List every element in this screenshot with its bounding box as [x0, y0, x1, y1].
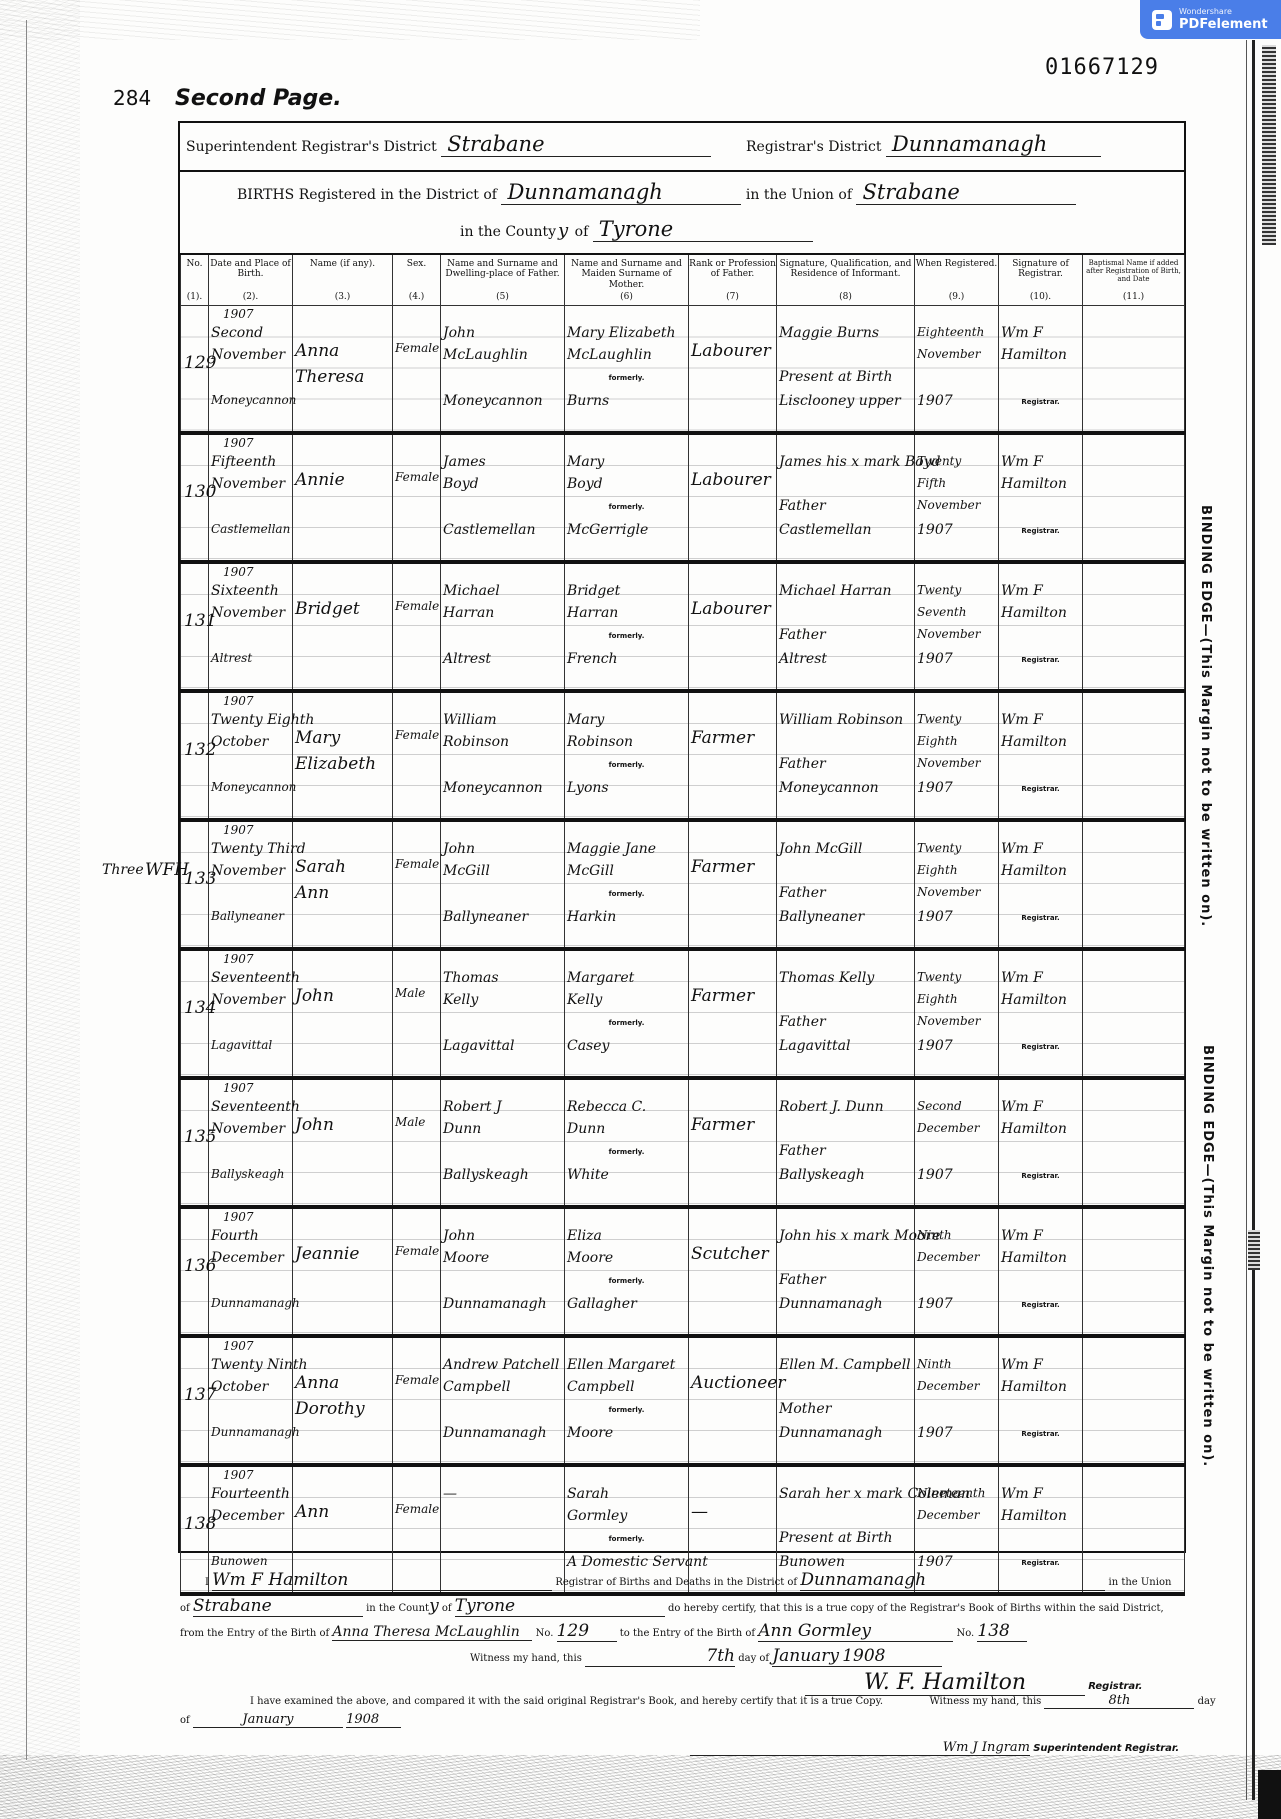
child-sex: Female: [395, 1245, 438, 1258]
table-cell: EighteenthNovember1907: [915, 306, 999, 434]
father-name: James: [443, 455, 562, 470]
cert-from-no: 129: [557, 1621, 589, 1641]
births-label: BIRTHS Registered in the District of: [237, 187, 497, 203]
table-cell: MaryRobinsonformerly.Lyons: [565, 691, 689, 820]
table-cell: ThomasKellyLagavittal: [441, 949, 565, 1078]
informant-signature: John McGill: [779, 842, 912, 857]
father-rank: Auctioneer: [691, 1374, 774, 1393]
column-title: Sex.: [393, 255, 440, 269]
mother-name: Rebecca C.: [567, 1100, 686, 1115]
registrar-label: Registrar.: [999, 527, 1082, 535]
table-cell: Labourer: [689, 306, 777, 434]
table-cell: 132: [181, 691, 209, 820]
registrar-signature-2: Hamilton: [1001, 606, 1080, 621]
table-cell: [1083, 1336, 1185, 1465]
pdfelement-logo-icon: [1152, 10, 1172, 30]
father-name: Robert J: [443, 1100, 562, 1115]
scan-noise-top: [0, 0, 700, 40]
column-number: (11.): [1083, 292, 1184, 302]
table-cell: Thomas KellyFatherLagavittal: [777, 949, 915, 1078]
cert-registrar-title: Registrar.: [1088, 1681, 1142, 1692]
table-cell: Labourer: [689, 433, 777, 562]
table-cell: Wm FHamiltonRegistrar.: [999, 562, 1083, 691]
table-cell: Male: [393, 1078, 441, 1207]
column-header: Name (if any).(3.): [293, 254, 393, 306]
column-header: Signature of Registrar.(10).: [999, 254, 1083, 306]
mother-name: Mary: [567, 713, 686, 728]
mother-maiden-surname: McGerrigle: [567, 523, 686, 538]
registrar-signature-1: Wm F: [1001, 455, 1080, 470]
table-cell: BridgetHarranformerly.French: [565, 562, 689, 691]
pdfelement-badge[interactable]: Wondershare PDFelement: [1140, 0, 1281, 39]
child-first-name: Anna: [295, 1374, 390, 1393]
scan-noise-left: [0, 0, 80, 1819]
informant-signature: James his x mark Boyd: [779, 455, 912, 470]
scan-mark: [1248, 1230, 1260, 1270]
child-sex: Female: [395, 342, 438, 355]
child-first-name: Ann: [295, 1503, 390, 1522]
table-cell: 1907SeventeenthNovemberLagavittal: [209, 949, 293, 1078]
registered-year: 1907: [917, 781, 996, 796]
registered-when-2: Seventh: [917, 606, 996, 619]
table-row: 1311907SixteenthNovemberAltrestBridgetFe…: [181, 562, 1185, 691]
table-cell: TwentySeventhNovember1907: [915, 562, 999, 691]
birth-year: 1907: [223, 566, 290, 579]
birth-place: Lagavittal: [211, 1039, 290, 1052]
father-rank: Farmer: [691, 987, 774, 1006]
birth-year: 1907: [223, 1082, 290, 1095]
examined-statement: I have examined the above, and compared …: [250, 1693, 1216, 1709]
entry-number: 138: [184, 1515, 206, 1534]
registrar-signature-1: Wm F: [1001, 1100, 1080, 1115]
birth-year: 1907: [223, 1340, 290, 1353]
registered-year: 1907: [917, 1039, 996, 1054]
table-cell: JohnMcGillBallyneaner: [441, 820, 565, 949]
table-cell: JamesBoydCastlemellan: [441, 433, 565, 562]
birth-month: November: [211, 606, 290, 621]
table-cell: 1907SeventeenthNovemberBallyskeagh: [209, 1078, 293, 1207]
table-row: 1371907Twenty NinthOctoberDunnamanaghAnn…: [181, 1336, 1185, 1465]
column-number: (8): [777, 292, 914, 302]
table-cell: MaryElizabeth: [293, 691, 393, 820]
scan-corner: [1258, 1770, 1281, 1819]
birth-place: Ballyskeagh: [211, 1168, 290, 1181]
registrar-label: Registrar.: [999, 914, 1082, 922]
registered-when-1: Ninth: [917, 1358, 996, 1371]
examined-day: 8th: [1109, 1693, 1131, 1708]
entry-number: 137: [184, 1386, 206, 1405]
mother-name: Bridget: [567, 584, 686, 599]
table-cell: Mary ElizabethMcLaughlinformerly.Burns: [565, 306, 689, 434]
table-row: 1341907SeventeenthNovemberLagavittalJohn…: [181, 949, 1185, 1078]
child-first-name: Bridget: [295, 600, 390, 619]
column-header: No.(1).: [181, 254, 209, 306]
birth-place: Moneycannon: [211, 781, 290, 794]
formerly-label: formerly.: [565, 890, 688, 898]
registrar-signature-1: Wm F: [1001, 584, 1080, 599]
page-edge-left: [26, 20, 27, 1760]
column-title: Date and Place of Birth.: [209, 255, 292, 280]
birth-year: 1907: [223, 437, 290, 450]
birth-place: Altrest: [211, 652, 290, 665]
father-rank: Scutcher: [691, 1245, 774, 1264]
formerly-label: formerly.: [565, 1406, 688, 1414]
binding-edge-note-1: BINDING EDGE—(This Margin not to be writ…: [1198, 505, 1213, 927]
table-cell: AnnaTheresa: [293, 306, 393, 434]
table-cell: Wm FHamiltonRegistrar.: [999, 306, 1083, 434]
registered-year: 1907: [917, 1297, 996, 1312]
informant-signature: Thomas Kelly: [779, 971, 912, 986]
registered-when-2: December: [917, 1251, 996, 1264]
table-cell: [1083, 1207, 1185, 1336]
mother-maiden-surname: Lyons: [567, 781, 686, 796]
registrar-signature-2: Hamilton: [1001, 993, 1080, 1008]
table-cell: ElizaMooreformerly.Gallagher: [565, 1207, 689, 1336]
column-header: When Registered.(9.): [915, 254, 999, 306]
superintendent-value: Strabane: [441, 132, 550, 156]
informant-qualification: Father: [779, 886, 912, 901]
union-value: Strabane: [856, 180, 965, 204]
mother-surname: Gormley: [567, 1509, 686, 1524]
birth-year: 1907: [223, 824, 290, 837]
births-district: Dunnamanagh: [501, 180, 668, 204]
child-second-name: Elizabeth: [295, 755, 390, 774]
registrar-signature-1: Wm F: [1001, 1358, 1080, 1373]
page-number: 284: [113, 86, 151, 110]
table-cell: TwentyEighthNovember1907: [915, 691, 999, 820]
father-rank: Farmer: [691, 1116, 774, 1135]
table-cell: Ellen M. CampbellMotherDunnamanagh: [777, 1336, 915, 1465]
table-row: 1301907FifteenthNovemberCastlemellanAnni…: [181, 433, 1185, 562]
table-cell: Auctioneer: [689, 1336, 777, 1465]
registered-when-2: Fifth: [917, 477, 996, 490]
column-header: Baptismal Name if added after Registrati…: [1083, 254, 1185, 306]
table-cell: 1907Twenty ThirdNovemberBallyneaner: [209, 820, 293, 949]
child-first-name: Mary: [295, 729, 390, 748]
father-name: John: [443, 842, 562, 857]
table-cell: Female: [393, 820, 441, 949]
entry-number: 131: [184, 612, 206, 631]
cert-witness-month-year: January: [772, 1646, 839, 1666]
table-cell: AnnaDorothy: [293, 1336, 393, 1465]
father-surname: Kelly: [443, 993, 562, 1008]
table-cell: Rebecca C.Dunnformerly.White: [565, 1078, 689, 1207]
registered-year: 1907: [917, 523, 996, 538]
informant-residence: Lisclooney upper: [779, 394, 912, 409]
table-cell: NinthDecember1907: [915, 1336, 999, 1465]
table-row: 1321907Twenty EighthOctoberMoneycannonMa…: [181, 691, 1185, 820]
table-cell: John: [293, 1078, 393, 1207]
informant-qualification: Father: [779, 499, 912, 514]
birth-day: Seventeenth: [211, 1100, 290, 1115]
registered-when-2: November: [917, 348, 996, 361]
page-edge-right-inner: [1246, 40, 1247, 1800]
table-cell: Wm FHamiltonRegistrar.: [999, 433, 1083, 562]
registrar-label: Registrar.: [999, 1559, 1082, 1567]
certificate-line-2: of Strabane in the County of Tyrone do h…: [180, 1596, 1164, 1617]
father-dwelling: Ballyneaner: [443, 910, 562, 925]
child-sex: Female: [395, 471, 438, 484]
formerly-label: formerly.: [565, 1277, 688, 1285]
table-cell: Jeannie: [293, 1207, 393, 1336]
margin-note-initials: WFH: [145, 860, 189, 880]
registrar-label: Registrar.: [999, 656, 1082, 664]
birth-day: Fifteenth: [211, 455, 290, 470]
child-sex: Male: [395, 987, 438, 1000]
birth-day: Seventeenth: [211, 971, 290, 986]
registered-when-2: December: [917, 1509, 996, 1522]
cert-witness-day: 7th: [706, 1646, 735, 1666]
registrar-signature-2: Hamilton: [1001, 1122, 1080, 1137]
county-header: in the Countyy of Tyrone: [460, 217, 813, 242]
table-cell: William RobinsonFatherMoneycannon: [777, 691, 915, 820]
badge-name: PDFelement: [1179, 18, 1268, 31]
informant-residence: Castlemellan: [779, 523, 912, 538]
table-cell: 1907SixteenthNovemberAltrest: [209, 562, 293, 691]
table-cell: [1083, 562, 1185, 691]
father-rank: Farmer: [691, 729, 774, 748]
mother-maiden-surname: Casey: [567, 1039, 686, 1054]
registrar-signature-2: Hamilton: [1001, 1251, 1080, 1266]
entry-number: 136: [184, 1257, 206, 1276]
birth-month: November: [211, 477, 290, 492]
informant-residence: Dunnamanagh: [779, 1297, 912, 1312]
column-number: (10).: [999, 292, 1082, 302]
entry-number: 134: [184, 999, 206, 1018]
registered-year: 1907: [917, 1426, 996, 1441]
birth-year: 1907: [223, 953, 290, 966]
table-cell: 136: [181, 1207, 209, 1336]
table-cell: TwentyEighthNovember1907: [915, 949, 999, 1078]
informant-signature: John his x mark Moore: [779, 1229, 912, 1244]
birth-year: 1907: [223, 1469, 290, 1482]
registered-when-1: Twenty: [917, 713, 996, 726]
registrar-signature-1: Wm F: [1001, 1487, 1080, 1502]
column-header: Sex.(4.): [393, 254, 441, 306]
birth-month: December: [211, 1509, 290, 1524]
superintendent-signature-line: Wm J Ingram Superintendent Registrar.: [690, 1740, 1179, 1756]
column-title: Signature, Qualification, and Residence …: [777, 255, 914, 280]
birth-day: Fourteenth: [211, 1487, 290, 1502]
mother-maiden-surname: White: [567, 1168, 686, 1183]
birth-day: Fourth: [211, 1229, 290, 1244]
birth-month: November: [211, 864, 290, 879]
informant-qualification: Mother: [779, 1402, 912, 1417]
birth-place: Castlemellan: [211, 523, 290, 536]
registrar-signature-2: Hamilton: [1001, 348, 1080, 363]
informant-residence: Altrest: [779, 652, 912, 667]
column-header: Name and Surname and Maiden Surname of M…: [565, 254, 689, 306]
child-sex: Female: [395, 858, 438, 871]
informant-signature: Ellen M. Campbell: [779, 1358, 912, 1373]
informant-residence: Ballyskeagh: [779, 1168, 912, 1183]
mother-name: Mary Elizabeth: [567, 326, 686, 341]
father-dwelling: Castlemellan: [443, 523, 562, 538]
mother-surname: Moore: [567, 1251, 686, 1266]
column-number: (4.): [393, 292, 440, 302]
table-cell: Female: [393, 306, 441, 434]
father-dwelling: Moneycannon: [443, 781, 562, 796]
informant-residence: Dunnamanagh: [779, 1426, 912, 1441]
margin-note-word: Three: [102, 862, 144, 878]
mother-surname: McGill: [567, 864, 686, 879]
serial-number: 01667129: [1045, 55, 1159, 80]
table-cell: Wm FHamiltonRegistrar.: [999, 1336, 1083, 1465]
births-register-table: No.(1).Date and Place of Birth.(2).Name …: [180, 253, 1185, 1596]
table-cell: [1083, 691, 1185, 820]
table-cell: Wm FHamiltonRegistrar.: [999, 820, 1083, 949]
registered-when-1: Second: [917, 1100, 996, 1113]
table-cell: Female: [393, 1207, 441, 1336]
table-row: 1361907FourthDecemberDunnamanaghJeannieF…: [181, 1207, 1185, 1336]
cert-county: Tyrone: [455, 1596, 515, 1616]
child-second-name: Theresa: [295, 368, 390, 387]
father-dwelling: Altrest: [443, 652, 562, 667]
table-cell: TwentyFifthNovember1907: [915, 433, 999, 562]
registered-when-2: Eighth: [917, 735, 996, 748]
birth-day: Twenty Eighth: [211, 713, 290, 728]
table-cell: SarahAnn: [293, 820, 393, 949]
table-cell: Male: [393, 949, 441, 1078]
page-title: Second Page.: [175, 86, 342, 111]
registered-when-1: Twenty: [917, 971, 996, 984]
informant-signature: Maggie Burns: [779, 326, 912, 341]
certificate-line-3: from the Entry of the Birth of Anna Ther…: [180, 1621, 1027, 1642]
informant-qualification: Present at Birth: [779, 1531, 912, 1546]
table-cell: Farmer: [689, 1078, 777, 1207]
father-rank: —: [691, 1503, 774, 1522]
mother-name: Margaret: [567, 971, 686, 986]
mother-surname: Harran: [567, 606, 686, 621]
entry-number: 130: [184, 483, 206, 502]
table-cell: Robert JDunnBallyskeagh: [441, 1078, 565, 1207]
formerly-label: formerly.: [565, 1019, 688, 1027]
entry-number: 132: [184, 741, 206, 760]
child-first-name: John: [295, 987, 390, 1006]
table-cell: Female: [393, 433, 441, 562]
birth-year: 1907: [223, 695, 290, 708]
father-rank: Labourer: [691, 342, 774, 361]
table-cell: 129: [181, 306, 209, 434]
father-surname: Dunn: [443, 1122, 562, 1137]
child-second-name: Dorothy: [295, 1400, 390, 1419]
registrar-signature-2: Hamilton: [1001, 1380, 1080, 1395]
column-title: Name and Surname and Dwelling-place of F…: [441, 255, 564, 280]
mother-name: Sarah: [567, 1487, 686, 1502]
column-number: (3.): [293, 292, 392, 302]
table-cell: 130: [181, 433, 209, 562]
table-cell: Andrew PatchellCampbellDunnamanagh: [441, 1336, 565, 1465]
examined-date: of January 1908: [180, 1712, 401, 1728]
father-surname: Moore: [443, 1251, 562, 1266]
superintendent-signature: Wm J Ingram: [943, 1740, 1030, 1755]
table-cell: John: [293, 949, 393, 1078]
mother-surname: Kelly: [567, 993, 686, 1008]
informant-residence: Lagavittal: [779, 1039, 912, 1054]
birth-place: Dunnamanagh: [211, 1297, 290, 1310]
registered-year: 1907: [917, 1168, 996, 1183]
child-second-name: Ann: [295, 884, 390, 903]
mother-surname: Robinson: [567, 735, 686, 750]
births-header: BIRTHS Registered in the District of Dun…: [237, 180, 1076, 205]
registered-year: 1907: [917, 652, 996, 667]
registered-when-1: Eighteenth: [917, 326, 996, 339]
table-cell: 1907FifteenthNovemberCastlemellan: [209, 433, 293, 562]
mother-name: Mary: [567, 455, 686, 470]
informant-qualification: Father: [779, 1015, 912, 1030]
column-title: No.: [181, 255, 208, 269]
column-number: (9.): [915, 292, 998, 302]
registered-when-3: November: [917, 757, 996, 770]
father-surname: McLaughlin: [443, 348, 562, 363]
child-first-name: Sarah: [295, 858, 390, 877]
birth-month: November: [211, 348, 290, 363]
registered-when-3: November: [917, 499, 996, 512]
registrar-label: Registrar.: [999, 398, 1082, 406]
child-sex: Male: [395, 1116, 438, 1129]
registrar-label: Registrar.: [999, 785, 1082, 793]
table-cell: JohnMcLaughlinMoneycannon: [441, 306, 565, 434]
registered-when-1: Twenty: [917, 584, 996, 597]
father-name: Andrew Patchell: [443, 1358, 562, 1373]
mother-maiden-surname: Burns: [567, 394, 686, 409]
registrar-label: Registrar.: [999, 1430, 1082, 1438]
registrar-district-value: Dunnamanagh: [886, 132, 1053, 156]
formerly-label: formerly.: [565, 503, 688, 511]
child-first-name: John: [295, 1116, 390, 1135]
father-name: John: [443, 326, 562, 341]
father-surname: Boyd: [443, 477, 562, 492]
column-title: Baptismal Name if added after Registrati…: [1083, 255, 1184, 283]
birth-place: Moneycannon: [211, 394, 290, 407]
scan-noise-bottom: [0, 1755, 1281, 1819]
column-number: (1).: [181, 292, 208, 302]
table-row: 1291907SecondNovemberMoneycannonAnnaTher…: [181, 306, 1185, 434]
registrar-signature-1: Wm F: [1001, 326, 1080, 341]
mother-surname: Campbell: [567, 1380, 686, 1395]
mother-maiden-surname: French: [567, 652, 686, 667]
table-cell: NinthDecember1907: [915, 1207, 999, 1336]
table-cell: 137: [181, 1336, 209, 1465]
examined-month: January: [242, 1712, 293, 1727]
father-dwelling: Lagavittal: [443, 1039, 562, 1054]
registered-when-1: Nineteenth: [917, 1487, 996, 1500]
certificate-line-4: Witness my hand, this 7th day of January…: [470, 1646, 942, 1667]
registered-year: 1907: [917, 910, 996, 925]
column-number: (2).: [209, 292, 292, 302]
table-row: 1351907SeventeenthNovemberBallyskeaghJoh…: [181, 1078, 1185, 1207]
father-dwelling: Ballyskeagh: [443, 1168, 562, 1183]
father-rank: Labourer: [691, 600, 774, 619]
table-cell: Farmer: [689, 820, 777, 949]
column-number: (7): [689, 292, 776, 302]
mother-surname: Boyd: [567, 477, 686, 492]
column-number: (5): [441, 292, 564, 302]
table-cell: Wm FHamiltonRegistrar.: [999, 691, 1083, 820]
table-cell: John McGillFatherBallyneaner: [777, 820, 915, 949]
registered-when-1: Twenty: [917, 455, 996, 468]
father-name: Michael: [443, 584, 562, 599]
birth-month: November: [211, 993, 290, 1008]
child-first-name: Jeannie: [295, 1245, 390, 1264]
informant-residence: Moneycannon: [779, 781, 912, 796]
entry-number: 135: [184, 1128, 206, 1147]
registrar-signature-1: Wm F: [1001, 713, 1080, 728]
table-cell: Labourer: [689, 562, 777, 691]
table-cell: MaryBoydformerly.McGerrigle: [565, 433, 689, 562]
informant-residence: Ballyneaner: [779, 910, 912, 925]
table-cell: 1907Twenty NinthOctoberDunnamanagh: [209, 1336, 293, 1465]
